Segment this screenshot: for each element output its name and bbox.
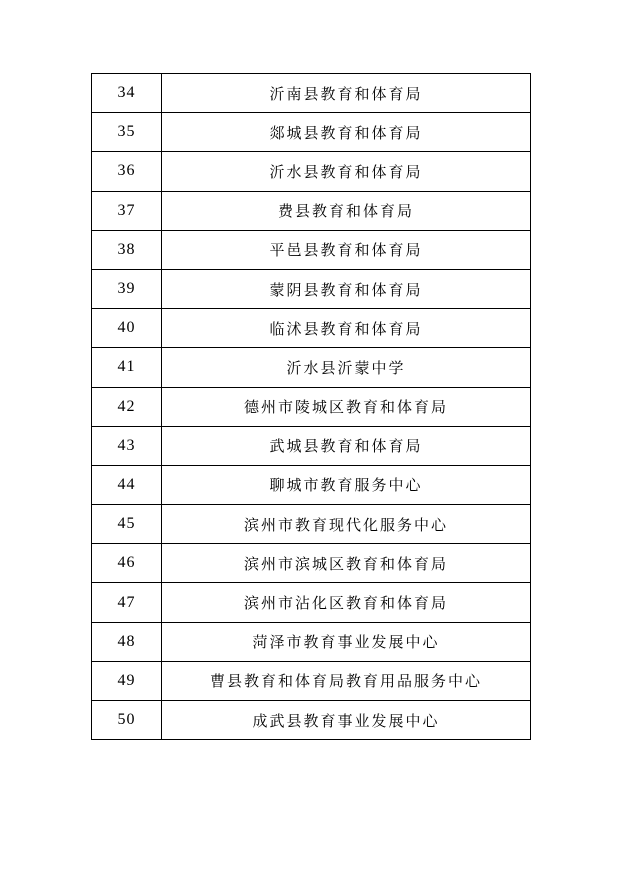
row-number: 43 [92, 426, 162, 465]
table-row: 45 滨州市教育现代化服务中心 [92, 505, 531, 544]
org-name: 沂南县教育和体育局 [162, 74, 531, 113]
row-number: 50 [92, 701, 162, 740]
row-number: 44 [92, 465, 162, 504]
table-row: 46 滨州市滨城区教育和体育局 [92, 544, 531, 583]
org-name: 滨州市沾化区教育和体育局 [162, 583, 531, 622]
table-row: 35 郯城县教育和体育局 [92, 113, 531, 152]
table-row: 42 德州市陵城区教育和体育局 [92, 387, 531, 426]
row-number: 46 [92, 544, 162, 583]
row-number: 41 [92, 348, 162, 387]
row-number: 35 [92, 113, 162, 152]
org-name: 成武县教育事业发展中心 [162, 701, 531, 740]
row-number: 38 [92, 230, 162, 269]
row-number: 47 [92, 583, 162, 622]
table-row: 38 平邑县教育和体育局 [92, 230, 531, 269]
org-name: 平邑县教育和体育局 [162, 230, 531, 269]
org-name: 德州市陵城区教育和体育局 [162, 387, 531, 426]
org-table-body: 34 沂南县教育和体育局 35 郯城县教育和体育局 36 沂水县教育和体育局 3… [92, 74, 531, 740]
table-row: 44 聊城市教育服务中心 [92, 465, 531, 504]
row-number: 40 [92, 309, 162, 348]
table-row: 47 滨州市沾化区教育和体育局 [92, 583, 531, 622]
org-name: 聊城市教育服务中心 [162, 465, 531, 504]
org-table: 34 沂南县教育和体育局 35 郯城县教育和体育局 36 沂水县教育和体育局 3… [91, 73, 531, 740]
row-number: 48 [92, 622, 162, 661]
org-name: 滨州市滨城区教育和体育局 [162, 544, 531, 583]
org-name: 武城县教育和体育局 [162, 426, 531, 465]
org-name: 菏泽市教育事业发展中心 [162, 622, 531, 661]
table-row: 40 临沭县教育和体育局 [92, 309, 531, 348]
row-number: 45 [92, 505, 162, 544]
row-number: 36 [92, 152, 162, 191]
row-number: 49 [92, 661, 162, 700]
row-number: 42 [92, 387, 162, 426]
table-row: 36 沂水县教育和体育局 [92, 152, 531, 191]
table-row: 39 蒙阴县教育和体育局 [92, 269, 531, 308]
org-name: 临沭县教育和体育局 [162, 309, 531, 348]
org-name: 沂水县教育和体育局 [162, 152, 531, 191]
table-row: 49 曹县教育和体育局教育用品服务中心 [92, 661, 531, 700]
table-row: 50 成武县教育事业发展中心 [92, 701, 531, 740]
table-row: 41 沂水县沂蒙中学 [92, 348, 531, 387]
row-number: 34 [92, 74, 162, 113]
org-name: 蒙阴县教育和体育局 [162, 269, 531, 308]
row-number: 37 [92, 191, 162, 230]
org-name: 滨州市教育现代化服务中心 [162, 505, 531, 544]
org-name: 曹县教育和体育局教育用品服务中心 [162, 661, 531, 700]
table-row: 34 沂南县教育和体育局 [92, 74, 531, 113]
org-name: 沂水县沂蒙中学 [162, 348, 531, 387]
document-page: 34 沂南县教育和体育局 35 郯城县教育和体育局 36 沂水县教育和体育局 3… [0, 0, 628, 892]
table-row: 37 费县教育和体育局 [92, 191, 531, 230]
org-name: 费县教育和体育局 [162, 191, 531, 230]
org-name: 郯城县教育和体育局 [162, 113, 531, 152]
table-row: 48 菏泽市教育事业发展中心 [92, 622, 531, 661]
table-row: 43 武城县教育和体育局 [92, 426, 531, 465]
row-number: 39 [92, 269, 162, 308]
